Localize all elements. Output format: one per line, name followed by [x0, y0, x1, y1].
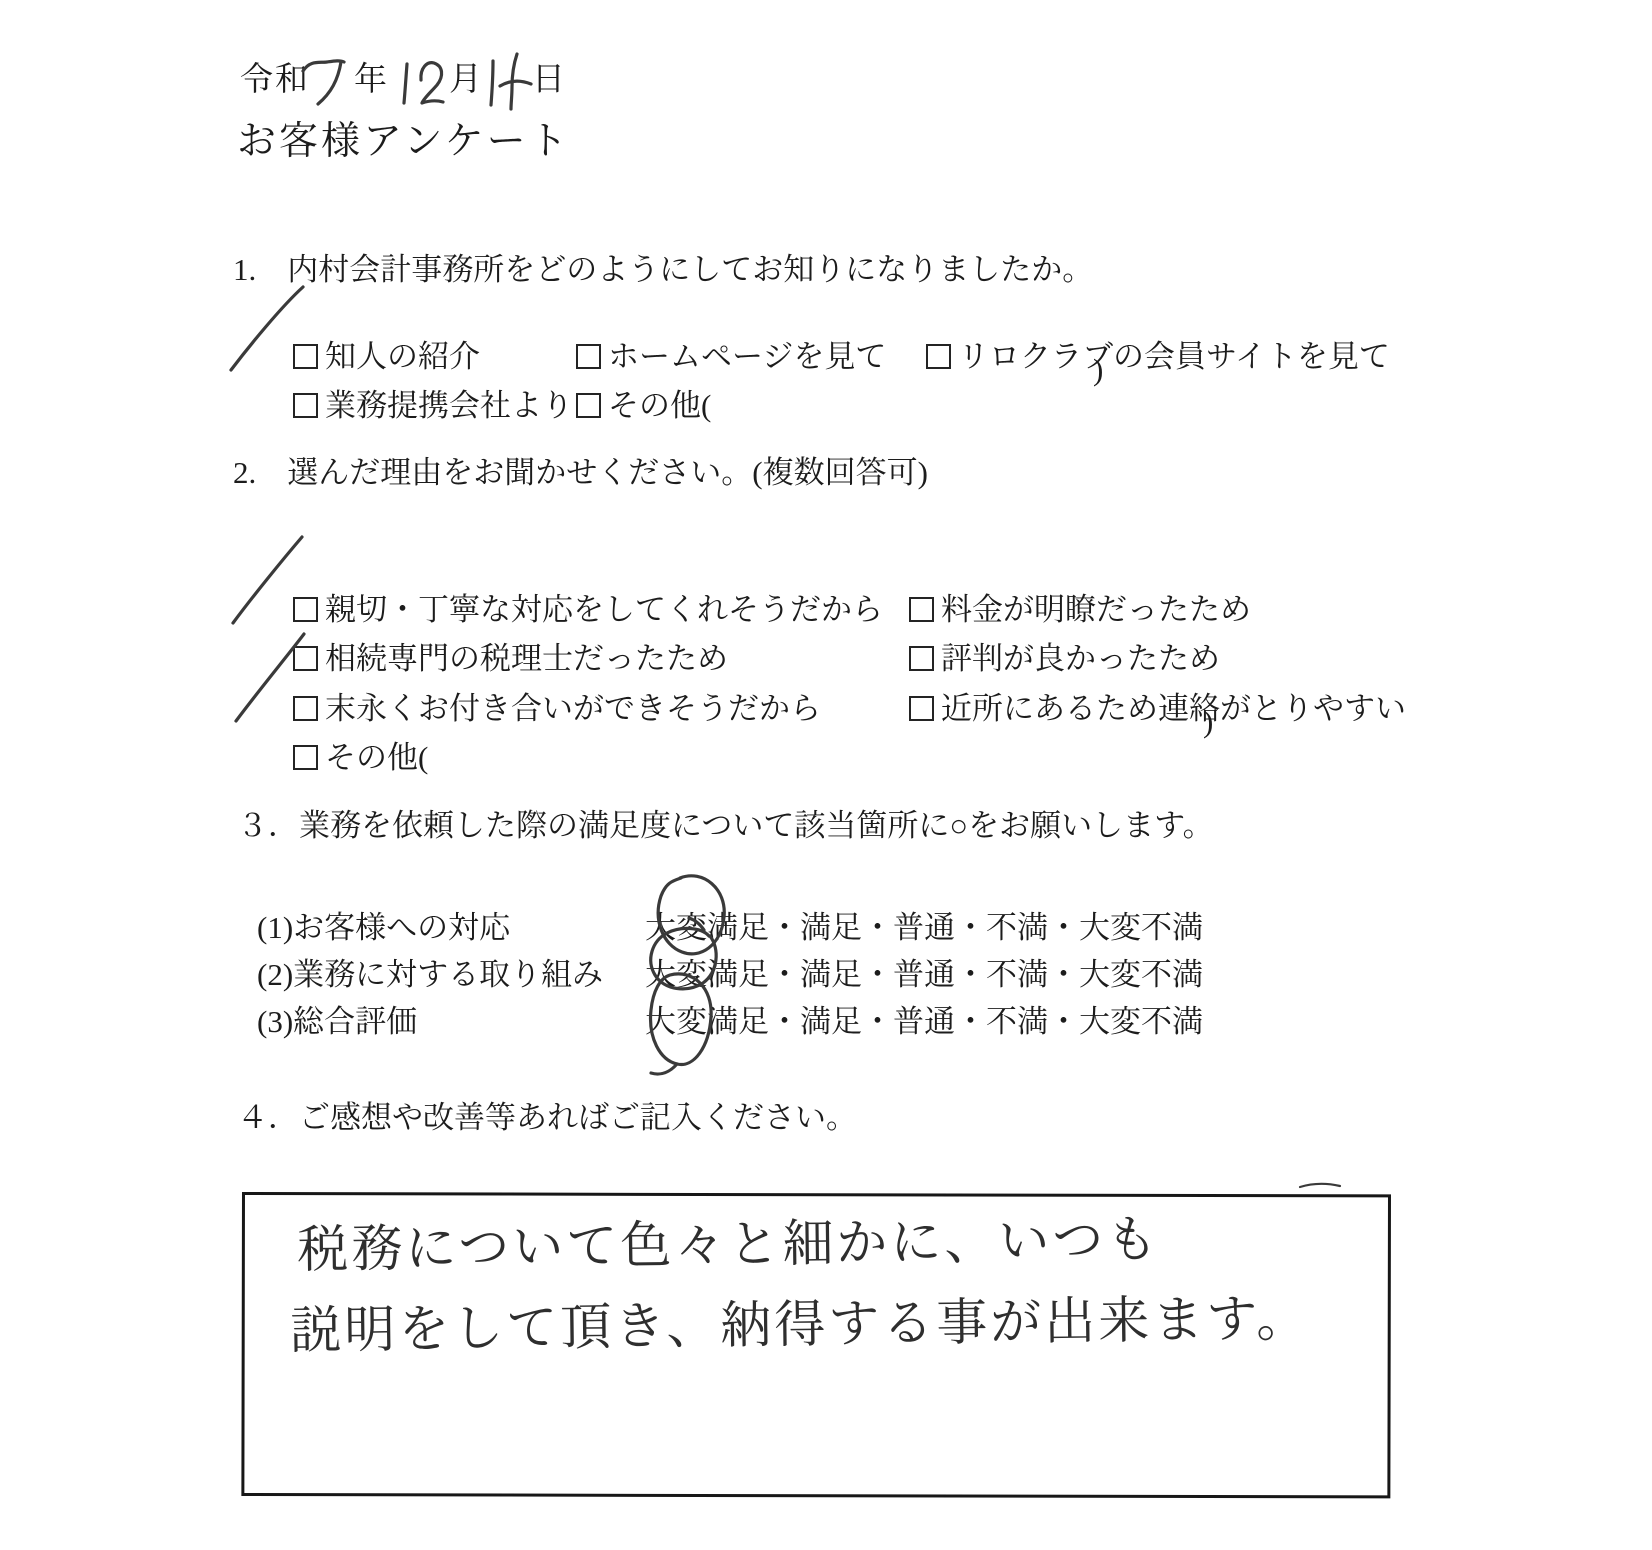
- option-label: その他(: [608, 388, 711, 423]
- q3-row3-label: (3)総合評価: [257, 1004, 417, 1040]
- page-title: お客様アンケート: [237, 120, 571, 165]
- q3-row2-scale: 大変満足・満足・普通・不満・大変不満: [645, 957, 1203, 993]
- scanned-survey-page: 令和 年 月 日 お客様アンケート 1. 内村会計事務所をどのようにしてお知りに…: [0, 0, 1652, 1550]
- checkbox-icon[interactable]: [926, 344, 951, 369]
- handwritten-month-digits: [404, 63, 443, 103]
- handwritten-day-digits: [491, 54, 531, 109]
- q3-row2-label: (2)業務に対する取り組み: [257, 957, 603, 993]
- q1-option-partner-company[interactable]: 業務提携会社より: [262, 352, 573, 459]
- checkbox-icon[interactable]: [576, 393, 601, 418]
- q3-row1-label: (1)お客様への対応: [257, 910, 510, 946]
- q2-option-other[interactable]: その他(: [262, 704, 428, 811]
- handwritten-comment-line2: 説明をして頂き、納得する事が出来ます。: [290, 1291, 1311, 1362]
- option-label: 業務提携会社より: [325, 388, 573, 423]
- date-month-label: 月: [449, 62, 484, 100]
- option-label: 近所にあるため連絡がとりやすい: [941, 691, 1406, 726]
- q2-option-nearby[interactable]: 近所にあるため連絡がとりやすい: [878, 655, 1406, 762]
- q2-heading: 2. 選んだ理由をお聞かせください。(複数回答可): [233, 455, 928, 491]
- handwritten-comment-line1: 税務について色々と細かに、いつも: [297, 1211, 1161, 1280]
- date-era: 令和: [240, 62, 310, 100]
- checkbox-icon[interactable]: [909, 696, 934, 721]
- date-year-label: 年: [354, 62, 389, 100]
- q1-option-other[interactable]: その他(: [545, 352, 711, 459]
- q1-other-close-paren: ): [1093, 352, 1103, 388]
- q3-row3-scale: 大変満足・満足・普通・不満・大変不満: [645, 1004, 1203, 1040]
- q3-row1-scale: 大変満足・満足・普通・不満・大変不満: [645, 910, 1203, 946]
- q1-heading: 1. 内村会計事務所をどのようにしてお知りになりましたか。: [233, 252, 1093, 288]
- stray-ink-mark: [1300, 1184, 1340, 1187]
- option-label: リロクラブの会員サイトを見て: [958, 339, 1390, 374]
- checkbox-icon[interactable]: [293, 393, 318, 418]
- q4-heading: ４．ご感想や改善等あればご記入ください。: [237, 1100, 857, 1136]
- q1-option-reloclub[interactable]: リロクラブの会員サイトを見て: [895, 303, 1390, 410]
- date-day-label: 日: [532, 62, 567, 100]
- q3-heading: ３．業務を依頼した際の満足度について該当箇所に○をお願いします。: [237, 808, 1214, 844]
- q2-other-close-paren: ): [1203, 704, 1213, 740]
- option-label: その他(: [325, 740, 428, 775]
- checkbox-icon[interactable]: [293, 745, 318, 770]
